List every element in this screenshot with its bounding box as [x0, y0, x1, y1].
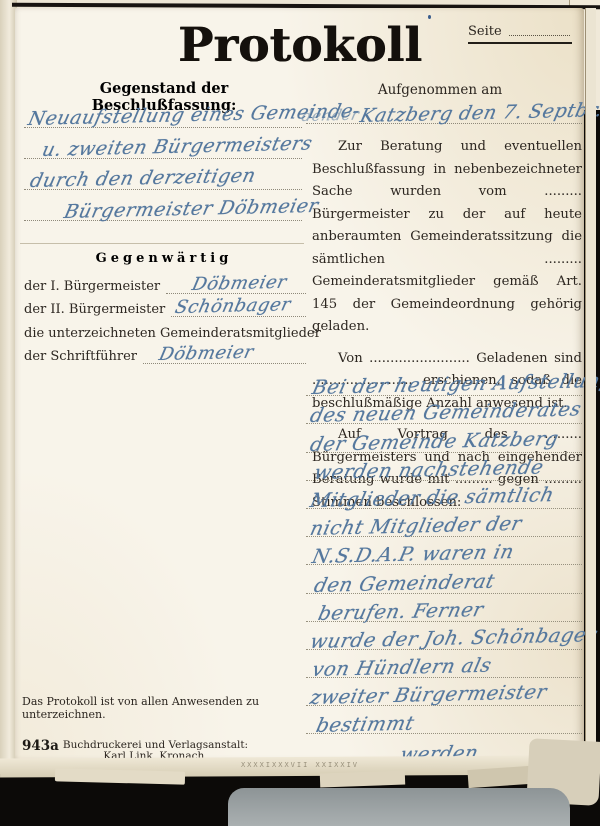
- seite-label: Seite: [468, 24, 502, 39]
- handwriting: Döbmeier: [157, 342, 256, 365]
- protokoll-page: Seite Protokoll Gegenstand der Beschlußf…: [15, 8, 584, 760]
- present-row: die unterzeichneten Gemeinderatsmitglied…: [24, 317, 306, 341]
- note-line: bestimmt: [306, 706, 582, 734]
- row-line: Döbmeier: [143, 341, 306, 364]
- handwriting: der Gemeinde Katzberg: [308, 427, 561, 456]
- handwriting: u. zweiten Bürgermeisters: [40, 132, 315, 161]
- row-label: der Schriftführer: [24, 349, 137, 364]
- subject-lines: Neuaufstellung eines Gemeinde- u. zweite…: [24, 97, 302, 221]
- handwriting: durch den derzeitigen: [28, 165, 258, 192]
- handwriting: werden nachstehende: [312, 455, 546, 484]
- scanned-document: Seite Protokoll Gegenstand der Beschlußf…: [0, 0, 600, 826]
- handwriting: den Gemeinderat: [312, 569, 497, 596]
- handwriting: wurde der Joh. Schönbager: [308, 623, 599, 653]
- form-number: 943a: [22, 738, 59, 754]
- row-label: der I. Bürgermeister: [24, 279, 160, 294]
- page-number-row: Seite: [468, 24, 572, 44]
- note-line: den Gemeinderat: [306, 565, 582, 593]
- recorded-date-line: dender Katzberg den 7. Septbr. 45.: [306, 95, 582, 124]
- handwriting: von Hündlern als: [310, 654, 494, 681]
- note-line: berufen. Ferner: [306, 594, 582, 622]
- handwriting: des neuen Gemeinderates: [308, 398, 584, 428]
- note-line: zweiter Bürgermeister: [306, 678, 582, 706]
- row-label: die unterzeichneten Gemeinderatsmitglied…: [24, 326, 321, 341]
- handwriting: berufen. Ferner: [316, 598, 486, 625]
- row-label: der II. Bürgermeister: [24, 302, 165, 317]
- note-line: Bei der heutigen Aufstellung: [306, 368, 582, 396]
- handwriting: Mitglieder die sämtlich: [308, 483, 557, 512]
- present-heading: Gegenwärtig: [28, 251, 300, 266]
- handwriting: N.S.D.A.P. waren in: [310, 540, 516, 568]
- handwriting: Katzberg den 7. Septbr. 45.: [358, 98, 600, 127]
- note-line: wurde der Joh. Schönbager: [306, 622, 582, 650]
- resolution-notes: Bei der heutigen Aufstellung des neuen G…: [306, 368, 582, 763]
- row-line: Schönbager: [171, 294, 306, 317]
- note-line: der Gemeinde Katzberg: [306, 424, 582, 452]
- note-line: N.S.D.A.P. waren in: [306, 537, 582, 565]
- present-row: der I. Bürgermeister Döbmeier: [24, 270, 306, 294]
- torn-paper: [55, 768, 185, 784]
- seite-dotted-line: [509, 25, 570, 36]
- row-line: Döbmeier: [166, 271, 306, 294]
- subject-line: Neuaufstellung eines Gemeinde-: [24, 97, 302, 128]
- present-row: der II. Bürgermeister Schönbager: [24, 294, 306, 318]
- handwriting: nicht Mitglieder der: [308, 512, 524, 540]
- handwriting: Schönbager: [173, 294, 293, 318]
- note-line: des neuen Gemeinderates: [306, 396, 582, 424]
- handwriting: Döbmeier: [190, 271, 289, 294]
- handwriting-bleed: dender: [300, 106, 361, 125]
- subject-line: Bürgermeister Döbmeier: [24, 190, 302, 221]
- footer-note: Das Protokoll ist von allen Anwesenden z…: [22, 695, 332, 721]
- handwriting: Bürgermeister Döbmeier: [62, 195, 321, 223]
- spine-marks: XXXXIXXXVII XXIXXIV: [140, 761, 460, 769]
- handwriting: zweiter Bürgermeister: [308, 681, 549, 710]
- scanner-reflection: [228, 788, 570, 826]
- torn-paper: [467, 766, 530, 788]
- subject-line: u. zweiten Bürgermeisters: [24, 128, 302, 159]
- section-divider: [20, 243, 304, 244]
- page-title: Protokoll: [158, 18, 442, 73]
- subject-line: durch den derzeitigen: [24, 159, 302, 190]
- note-line: Mitglieder die sämtlich: [306, 481, 582, 509]
- right-page-edge: [585, 8, 596, 752]
- handwriting: Bei der heutigen Aufstellung: [310, 369, 600, 399]
- note-line: nicht Mitglieder der: [306, 509, 582, 537]
- note-line: werden nachstehende: [306, 453, 582, 481]
- note-line: von Hündlern als: [306, 650, 582, 678]
- present-row: der Schriftführer Döbmeier: [24, 341, 306, 365]
- present-rows: der I. Bürgermeister Döbmeier der II. Bü…: [24, 270, 306, 364]
- torn-paper: [320, 771, 405, 788]
- paragraph-summons: Zur Beratung und eventuellen Beschlußfas…: [312, 136, 582, 339]
